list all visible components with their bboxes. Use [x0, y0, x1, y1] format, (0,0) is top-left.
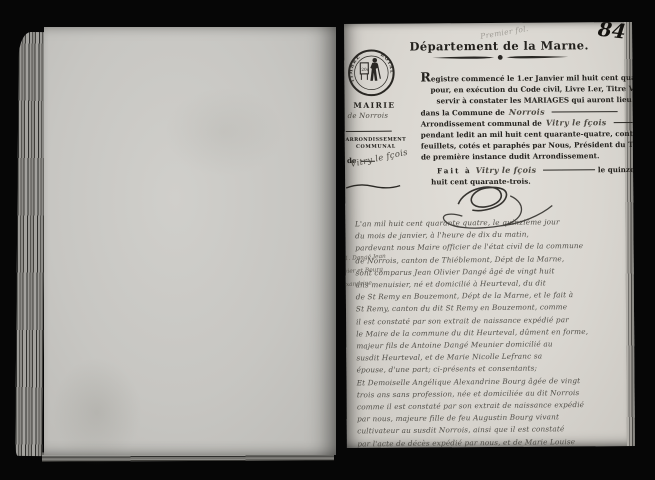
handwritten-marriage-act: L'an mil huit cent quarante quatre, le q… — [355, 215, 635, 448]
wavy-divider-rule — [345, 182, 401, 191]
arrondissement-label: Arrondissement communal de — [421, 118, 542, 128]
preamble-line: de première instance dudit Arrondissemen… — [421, 150, 635, 163]
blank-fill-dash — [552, 111, 618, 112]
left-blank-page — [44, 27, 336, 455]
timbre-royal-seal: TIMBRE ROYAL 20c — [347, 49, 395, 97]
fait-place-handwritten: Vitry le fçois — [476, 164, 537, 174]
arrondissement-label-line1: ARRONDISSEMENT — [345, 137, 407, 143]
register-preamble: Registre commencé le 1.er Janvier mil hu… — [420, 70, 635, 188]
ink-bleedthrough — [52, 357, 142, 467]
blank-fill-dash — [543, 169, 595, 170]
arrondissement-handwritten: Vitry le fçois — [546, 117, 607, 127]
mairie-commune-handwritten: Norrois — [359, 112, 388, 120]
preamble-line: servir à constater les MARIAGES qui auro… — [421, 94, 635, 107]
arrondissement-handwritten-value: Vitry le fçois — [350, 148, 409, 170]
mairie-de-word: de — [348, 112, 357, 120]
mairie-commune-line: de Norrois — [348, 112, 389, 120]
page-stack-edges-left — [15, 32, 46, 456]
right-register-page: Premier fol. 84 Département de la Marne.… — [344, 22, 635, 448]
fait-label: Fait à — [437, 166, 472, 175]
seal-value: 20c — [361, 67, 369, 72]
fait-date-text: le quinze Décembre mil — [598, 164, 635, 174]
blank-fill-dash — [614, 122, 635, 123]
register-scan: Premier fol. 84 Département de la Marne.… — [0, 0, 655, 480]
fait-line: Fait àVitry le fçois le quinze Décembre … — [421, 164, 635, 177]
title-ornament-rule — [430, 53, 570, 61]
contenant-label: pendant ledit an mil huit cent quarante-… — [421, 129, 635, 140]
commune-label: dans la Commune de — [421, 107, 505, 117]
preamble-line: feuillets, cotés et paraphés par Nous, P… — [421, 139, 635, 152]
margin-divider-rule — [346, 131, 392, 132]
commune-handwritten: Norrois — [509, 106, 545, 116]
seal-figure-icon: 20c — [360, 58, 380, 81]
mairie-label: MAIRIE — [345, 101, 405, 110]
handwritten-line: par l'acte de décès expédié par nous, et… — [357, 435, 635, 448]
page-stain — [164, 87, 284, 177]
